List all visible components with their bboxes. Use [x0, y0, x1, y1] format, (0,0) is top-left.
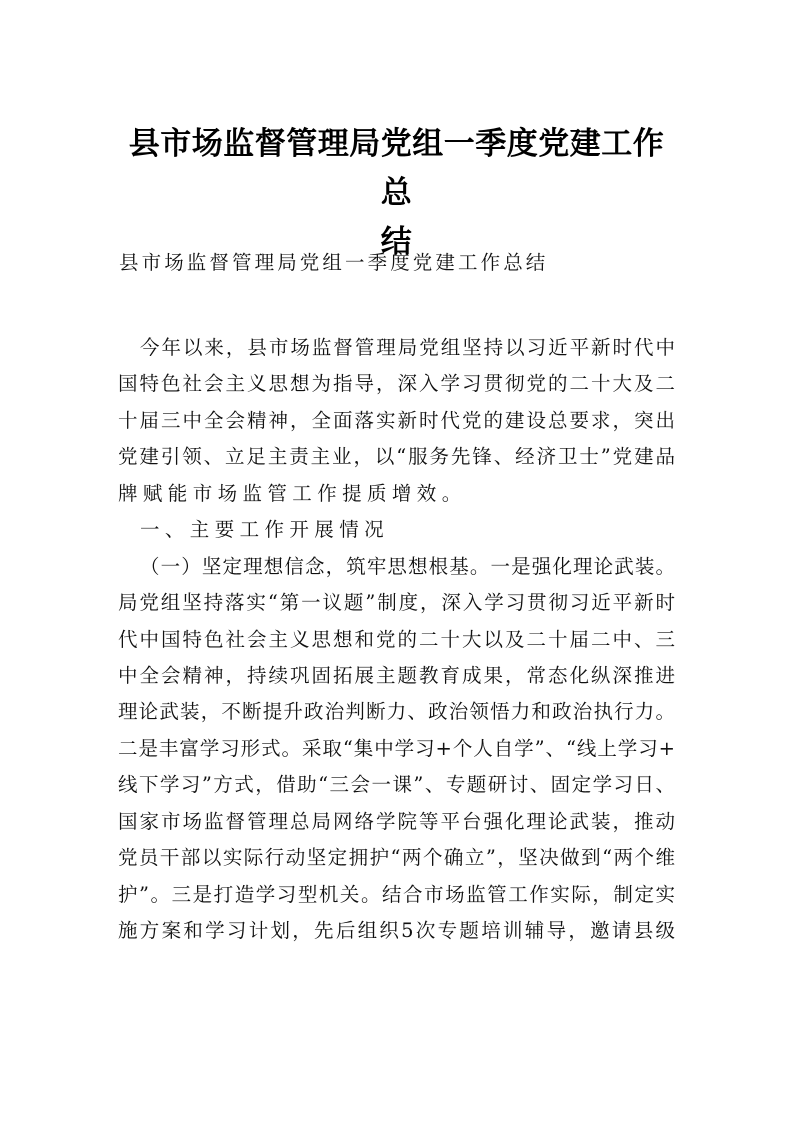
paragraph-line: 护”。三是打造学习型机关。结合市场监管工作实际，制定实	[118, 877, 675, 913]
document-title: 县市场监督管理局党组一季度党建工作总 结	[118, 120, 675, 267]
paragraph-line: 施方案和学习计划，先后组织5次专题培训辅导，邀请县级	[118, 913, 675, 949]
paragraph-line: 党建引领、立足主责主业，以“服务先锋、经济卫士”党建品	[118, 439, 675, 475]
document-page: 县市场监督管理局党组一季度党建工作总 结 县市场监督管理局党组一季度党建工作总结…	[0, 0, 793, 1122]
paragraph-line: 线下学习”方式，借助“三会一课”、专题研讨、固定学习日、	[118, 767, 675, 803]
paragraph-line: （一）坚定理想信念，筑牢思想根基。一是强化理论武装。	[118, 549, 675, 585]
paragraph-line: 今年以来，县市场监督管理局党组坚持以习近平新时代中	[118, 330, 675, 366]
section-heading: 一、主要工作开展情况	[118, 512, 675, 548]
document-subtitle: 县市场监督管理局党组一季度党建工作总结	[119, 250, 548, 276]
paragraph-line: 党员干部以实际行动坚定拥护“两个确立”，坚决做到“两个维	[118, 840, 675, 876]
title-line-1: 县市场监督管理局党组一季度党建工作总	[118, 120, 675, 218]
paragraph-line: 国家市场监督管理总局网络学院等平台强化理论武装，推动	[118, 804, 675, 840]
paragraph-line: 理论武装，不断提升政治判断力、政治领悟力和政治执行力。	[118, 694, 675, 730]
section-one-paragraph: （一）坚定理想信念，筑牢思想根基。一是强化理论武装。 局党组坚持落实“第一议题”…	[118, 549, 675, 950]
intro-paragraph: 今年以来，县市场监督管理局党组坚持以习近平新时代中 国特色社会主义思想为指导，深…	[118, 330, 675, 512]
paragraph-line: 代中国特色社会主义思想和党的二十大以及二十届二中、三	[118, 622, 675, 658]
paragraph-line: 国特色社会主义思想为指导，深入学习贯彻党的二十大及二	[118, 366, 675, 402]
paragraph-line: 中全会精神，持续巩固拓展主题教育成果，常态化纵深推进	[118, 658, 675, 694]
paragraph-line: 二是丰富学习形式。采取“集中学习+个人自学”、“线上学习+	[118, 731, 675, 767]
paragraph-line: 局党组坚持落实“第一议题”制度，深入学习贯彻习近平新时	[118, 585, 675, 621]
paragraph-line: 牌赋能市场监管工作提质增效。	[118, 476, 675, 512]
paragraph-line: 十届三中全会精神，全面落实新时代党的建设总要求，突出	[118, 403, 675, 439]
document-body: 今年以来，县市场监督管理局党组坚持以习近平新时代中 国特色社会主义思想为指导，深…	[118, 330, 675, 949]
